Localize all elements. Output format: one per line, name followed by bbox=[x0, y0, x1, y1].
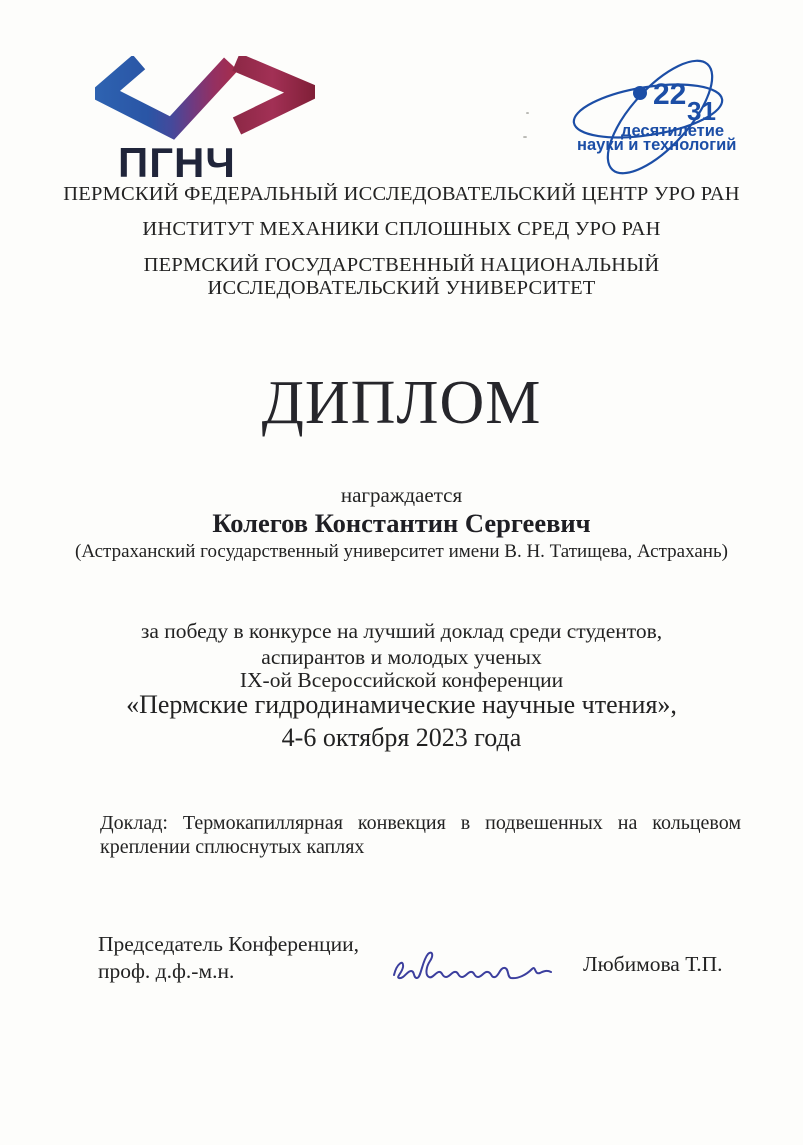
diploma-document: ПГНЧ 22 31 десятилетие науки и технологи… bbox=[0, 0, 803, 1145]
scan-speck bbox=[526, 112, 529, 114]
decade-of-science-logo: 22 31 десятилетие науки и технологий bbox=[555, 56, 785, 181]
conference-dates: 4-6 октября 2023 года bbox=[0, 723, 803, 753]
citation-line-2: аспирантов и молодых ученых bbox=[0, 645, 803, 670]
pgnch-logo: ПГНЧ bbox=[95, 56, 315, 186]
pgnch-ribbon-icon bbox=[95, 56, 315, 151]
signer-role-line1: Председатель Конференции, bbox=[98, 931, 359, 958]
report-line-2: креплении сплюснутых каплях bbox=[100, 835, 741, 859]
scan-speck bbox=[523, 136, 527, 138]
conference-name: «Пермские гидродинамические научные чтен… bbox=[0, 690, 803, 720]
org-line-2: ИНСТИТУТ МЕХАНИКИ СПЛОШНЫХ СРЕД УРО РАН bbox=[0, 218, 803, 241]
org-line-1: ПЕРМСКИЙ ФЕДЕРАЛЬНЫЙ ИССЛЕДОВАТЕЛЬСКИЙ Ц… bbox=[0, 183, 803, 206]
org-line-3: ПЕРМСКИЙ ГОСУДАРСТВЕННЫЙ НАЦИОНАЛЬНЫЙ bbox=[0, 254, 803, 277]
decade-number-22: 22 bbox=[653, 78, 686, 111]
pgnch-logo-text: ПГНЧ bbox=[118, 142, 236, 184]
signer-role: Председатель Конференции, проф. д.ф.-м.н… bbox=[98, 931, 359, 985]
signer-role-line2: проф. д.ф.-м.н. bbox=[98, 958, 359, 985]
handwritten-signature bbox=[388, 941, 556, 989]
diploma-title: ДИПЛОМ bbox=[0, 372, 803, 434]
award-label: награждается bbox=[0, 483, 803, 508]
report-line-1: Доклад: Термокапиллярная конвекция в под… bbox=[100, 811, 741, 835]
signer-name: Любимова Т.П. bbox=[583, 952, 723, 977]
recipient-name: Колегов Константин Сергеевич bbox=[0, 508, 803, 539]
orbit-dot-icon bbox=[633, 86, 647, 100]
recipient-affiliation: (Астраханский государственный университе… bbox=[0, 541, 803, 563]
report-paragraph: Доклад: Термокапиллярная конвекция в под… bbox=[100, 811, 741, 859]
citation-line-1: за победу в конкурсе на лучший доклад ср… bbox=[0, 619, 803, 644]
org-line-4: ИССЛЕДОВАТЕЛЬСКИЙ УНИВЕРСИТЕТ bbox=[0, 277, 803, 300]
decade-text-line2: науки и технологий bbox=[577, 136, 736, 154]
